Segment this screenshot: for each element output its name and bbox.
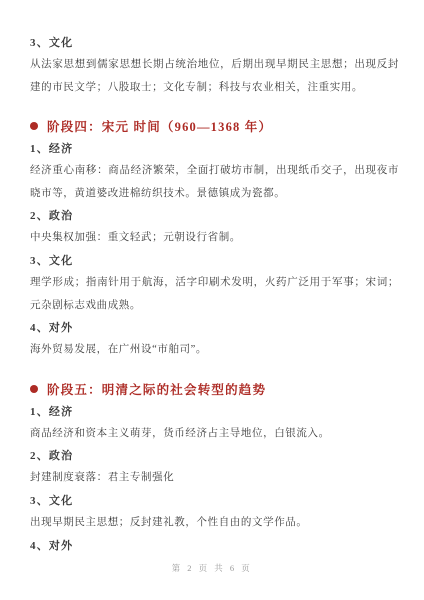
bullet-icon [30,122,38,130]
paragraph: 从法家思想到儒家思想长期占统治地位，后期出现早期民主思想；出现反封建的市民文学；… [30,54,399,99]
paragraph: 商品经济和资本主义萌芽，货币经济占主导地位，白银流入。 [30,423,399,446]
page-number-text: 第 2 页 共 6 页 [172,563,253,573]
paragraph: 出现早期民主思想；反封建礼教，个性自由的文学作品。 [30,512,399,535]
subheading: 2、政治 [30,449,399,464]
subheading: 4、对外 [30,321,399,336]
subheading: 1、经济 [30,405,399,420]
subheading: 2、政治 [30,209,399,224]
subheading: 3、文化 [30,36,399,51]
section-heading: 阶段五：明清之际的社会转型的趋势 [30,381,399,399]
paragraph: 中央集权加强：重文轻武；元朝设行省制。 [30,227,399,250]
page-footer: 第 2 页 共 6 页 [0,562,424,574]
bullet-icon [30,385,38,393]
subheading: 3、文化 [30,254,399,269]
section-heading: 阶段四：宋元 时间（960—1368 年） [30,118,399,136]
paragraph: 封建制度衰落：君主专制强化 [30,467,399,490]
paragraph: 海外贸易发展，在广州设“市舶司”。 [30,339,399,362]
paragraph: 经济重心南移：商品经济繁荣，全面打破坊市制，出现纸币交子，出现夜市晓市等，黄道婆… [30,160,399,205]
subheading: 3、文化 [30,494,399,509]
paragraph: 理学形成；指南针用于航海，活字印刷术发明，火药广泛用于军事；宋词；元杂剧标志戏曲… [30,272,399,317]
subheading: 1、经济 [30,142,399,157]
section-heading-text: 阶段五：明清之际的社会转型的趋势 [47,383,266,397]
subheading: 4、对外 [30,539,399,554]
section-heading-text: 阶段四：宋元 时间（960—1368 年） [47,120,272,134]
document-content: 3、文化从法家思想到儒家思想长期占统治地位，后期出现早期民主思想；出现反封建的市… [30,36,399,554]
document-page: 3、文化从法家思想到儒家思想长期占统治地位，后期出现早期民主思想；出现反封建的市… [0,0,424,600]
